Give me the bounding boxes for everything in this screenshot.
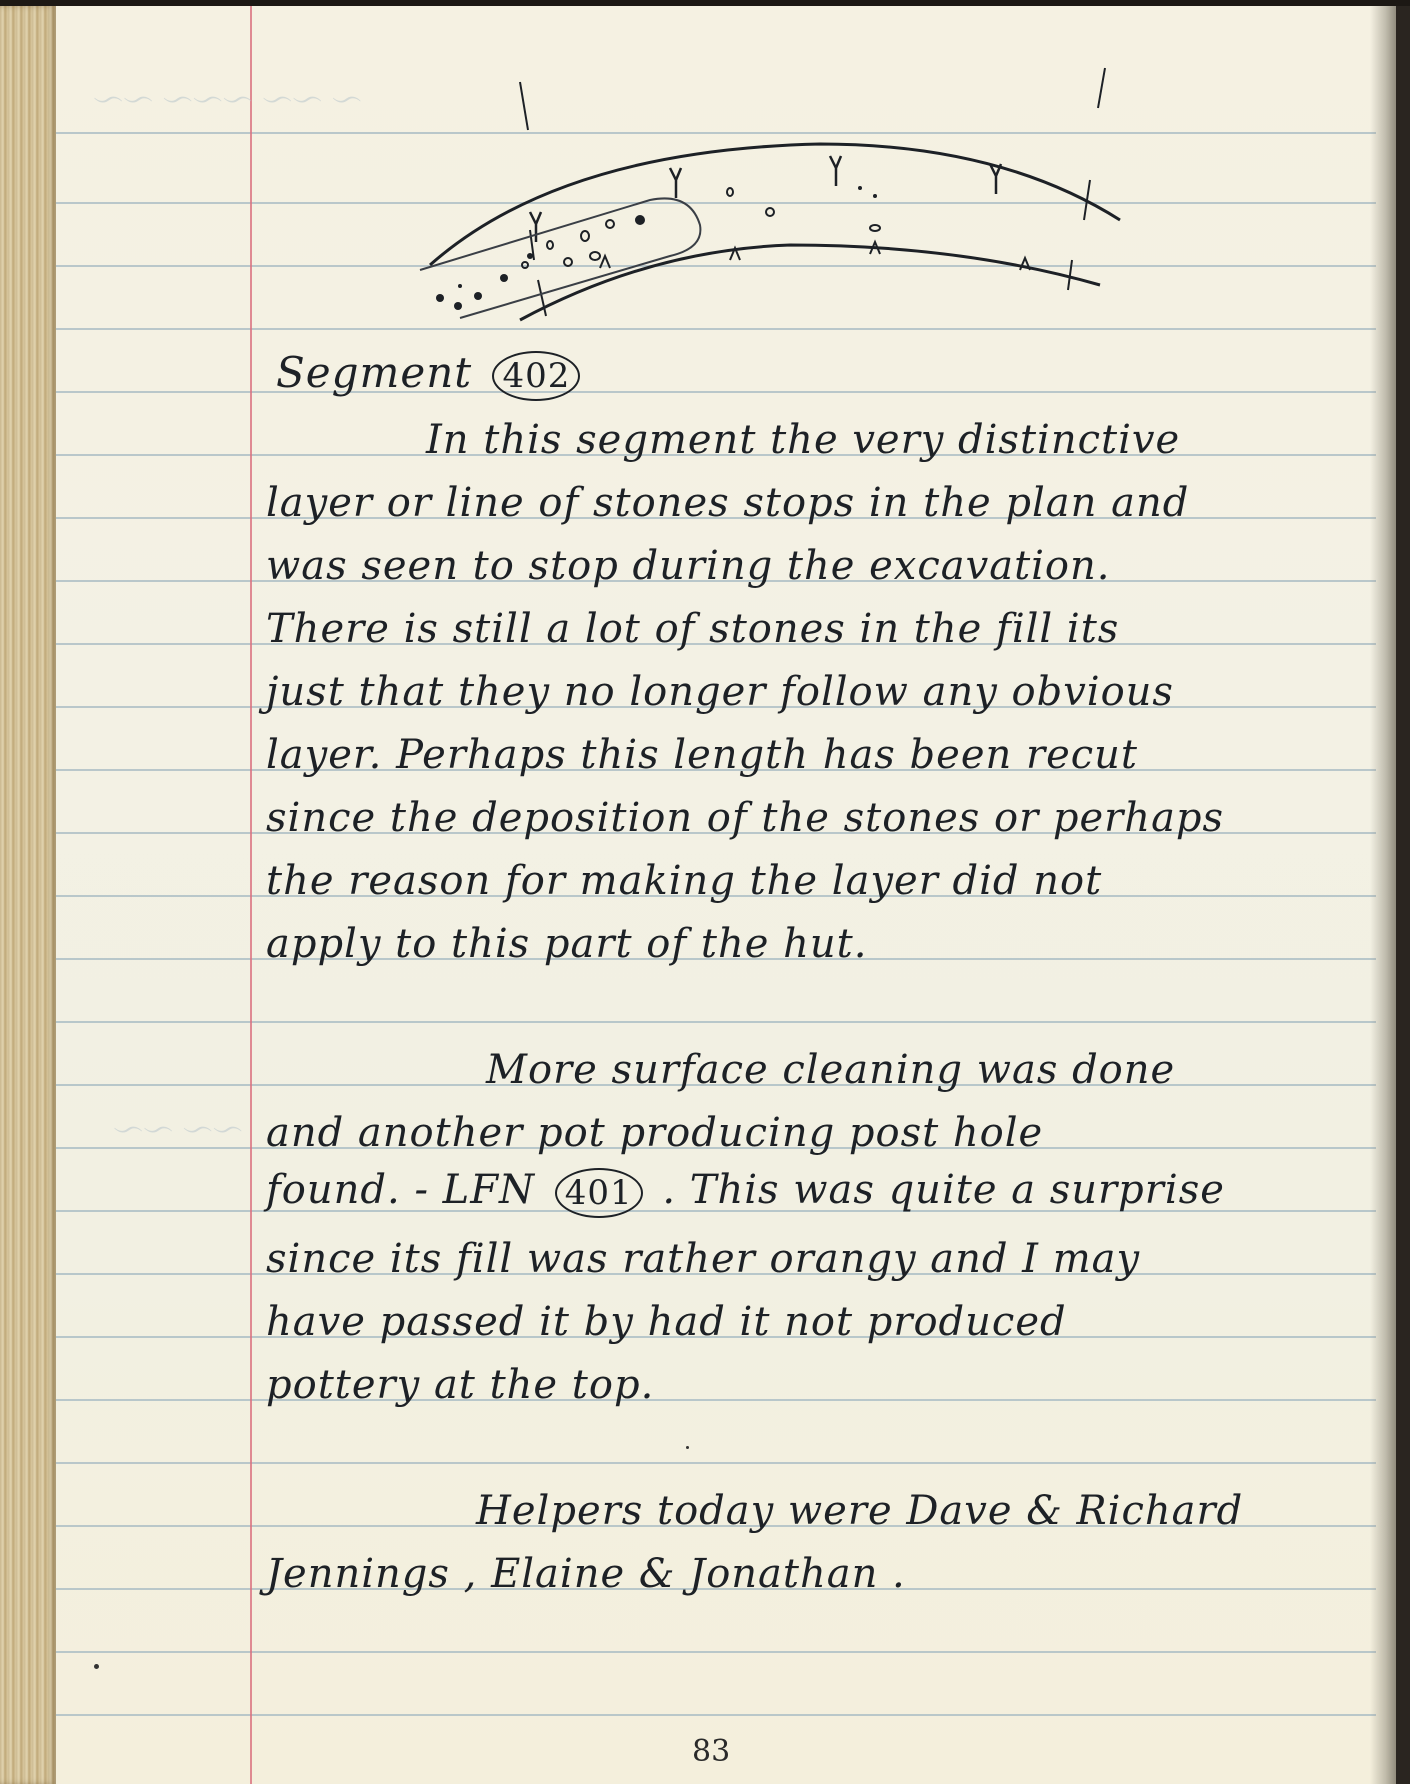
- paragraph1-line: apply to this part of the hut.: [266, 924, 867, 964]
- paragraph1-line: In this segment the very distinctive: [426, 420, 1180, 460]
- paragraph2-line: found. - LFN 401 . This was quite a surp…: [266, 1168, 1225, 1218]
- ink-speck: [94, 1664, 99, 1669]
- paragraph2-line: since its fill was rather orangy and I m…: [266, 1239, 1140, 1279]
- paragraph2-line: More surface cleaning was done: [486, 1050, 1175, 1090]
- paragraph1-line: was seen to stop during the excavation.: [266, 546, 1111, 586]
- context-number-circled: 401: [555, 1168, 643, 1218]
- paragraph1-line: the reason for making the layer did not: [266, 861, 1102, 901]
- segment-heading: Segment 402: [276, 351, 586, 401]
- ruled-line: [56, 1651, 1376, 1653]
- paragraph3-line: Helpers today were Dave & Richard: [476, 1491, 1243, 1531]
- paragraph1-line: There is still a lot of stones in the fi…: [266, 609, 1119, 649]
- ruled-line: [56, 1399, 1376, 1401]
- bleed-through-text: ～～ ～～: [116, 1106, 246, 1150]
- ruled-line: [56, 1714, 1376, 1716]
- ink-speck: [686, 1446, 689, 1449]
- segment-heading-label: Segment: [276, 348, 472, 397]
- notebook-page: ～ ～～ ～～～ ～～ ～～ ～～: [56, 6, 1396, 1784]
- context-number-circled: 402: [492, 351, 580, 401]
- page-stack-binding: [0, 6, 56, 1784]
- page-number: 83: [692, 1734, 730, 1769]
- hut-plan-sketch: [400, 60, 1160, 330]
- ruled-line: [56, 1021, 1376, 1023]
- found-text: found. - LFN: [266, 1167, 535, 1213]
- paragraph1-line: layer. Perhaps this length has been recu…: [266, 735, 1138, 775]
- page-right-edge-shadow: [1370, 6, 1396, 1784]
- surprise-text: . This was quite a surprise: [662, 1167, 1225, 1213]
- paragraph1-line: since the deposition of the stones or pe…: [266, 798, 1224, 838]
- bleed-through-text: ～ ～～ ～～～ ～～: [96, 76, 365, 120]
- paragraph1-line: layer or line of stones stops in the pla…: [266, 483, 1189, 523]
- ruled-line: [56, 1462, 1376, 1464]
- paragraph2-line: and another pot producing post hole: [266, 1113, 1043, 1153]
- paragraph3-line: Jennings , Elaine & Jonathan .: [266, 1554, 906, 1594]
- paragraph2-line: pottery at the top.: [266, 1365, 654, 1405]
- ruled-line: [56, 391, 1376, 393]
- paragraph2-line: have passed it by had it not produced: [266, 1302, 1067, 1342]
- red-margin-line: [250, 6, 252, 1784]
- paragraph1-line: just that they no longer follow any obvi…: [266, 672, 1174, 712]
